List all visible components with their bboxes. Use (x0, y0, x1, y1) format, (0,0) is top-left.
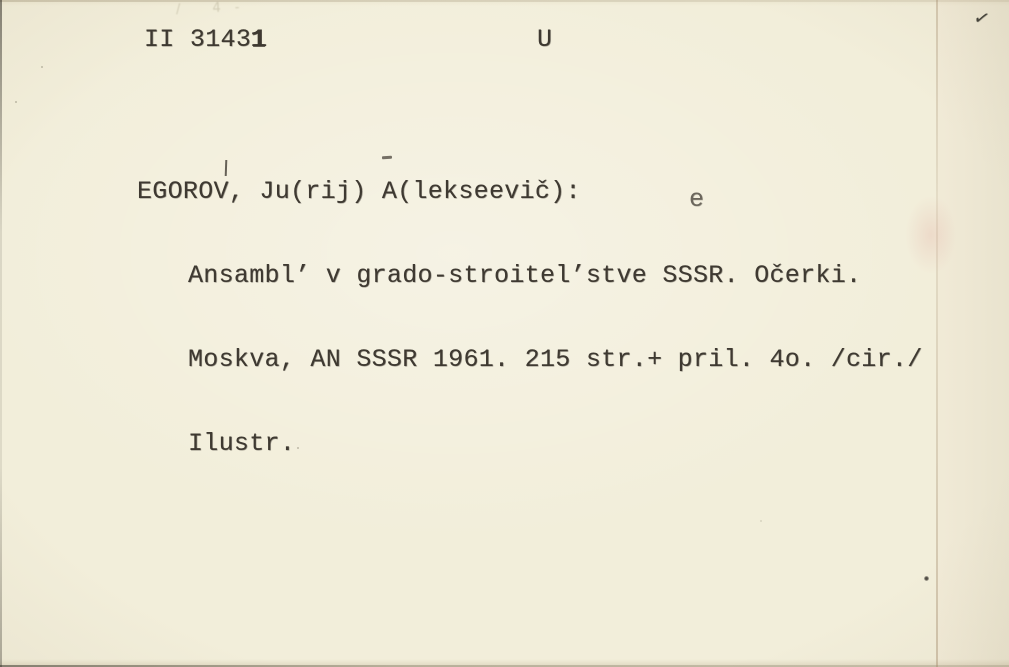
overstrike-char-e: e (689, 186, 704, 214)
ink-dot (924, 576, 929, 581)
bibliographic-entry: EGOROV, Ju(rij) A(lekseevič): Ansambl’ v… (137, 122, 923, 514)
title-line: Ansambl’ v grado-stroitel’stve SSSR. Oče… (137, 262, 923, 290)
faint-pencil-note: / 4- (176, 0, 254, 17)
call-number-overstruck-digit: 1 (251, 25, 266, 54)
call-number: II 31431 (144, 26, 266, 54)
card-top-edge (0, 0, 1009, 2)
right-margin-tint (938, 0, 1009, 667)
call-number-prefix: II 3143 (144, 25, 251, 54)
catalog-card: / 4- II 31431 U EGOROV, Ju(rij) A(leksee… (0, 0, 1009, 667)
author-line: EGOROV, Ju(rij) A(lekseevič): (137, 178, 923, 206)
paper-speck (15, 101, 17, 103)
vertical-crease-line (936, 0, 938, 667)
section-letter: U (537, 26, 552, 54)
paper-speck (760, 520, 762, 522)
paper-speck (41, 66, 43, 68)
card-left-edge (0, 0, 2, 667)
imprint-line: Moskva, AN SSSR 1961. 215 str.+ pril. 4o… (137, 346, 923, 374)
illustration-note: Ilustr. (137, 430, 923, 458)
